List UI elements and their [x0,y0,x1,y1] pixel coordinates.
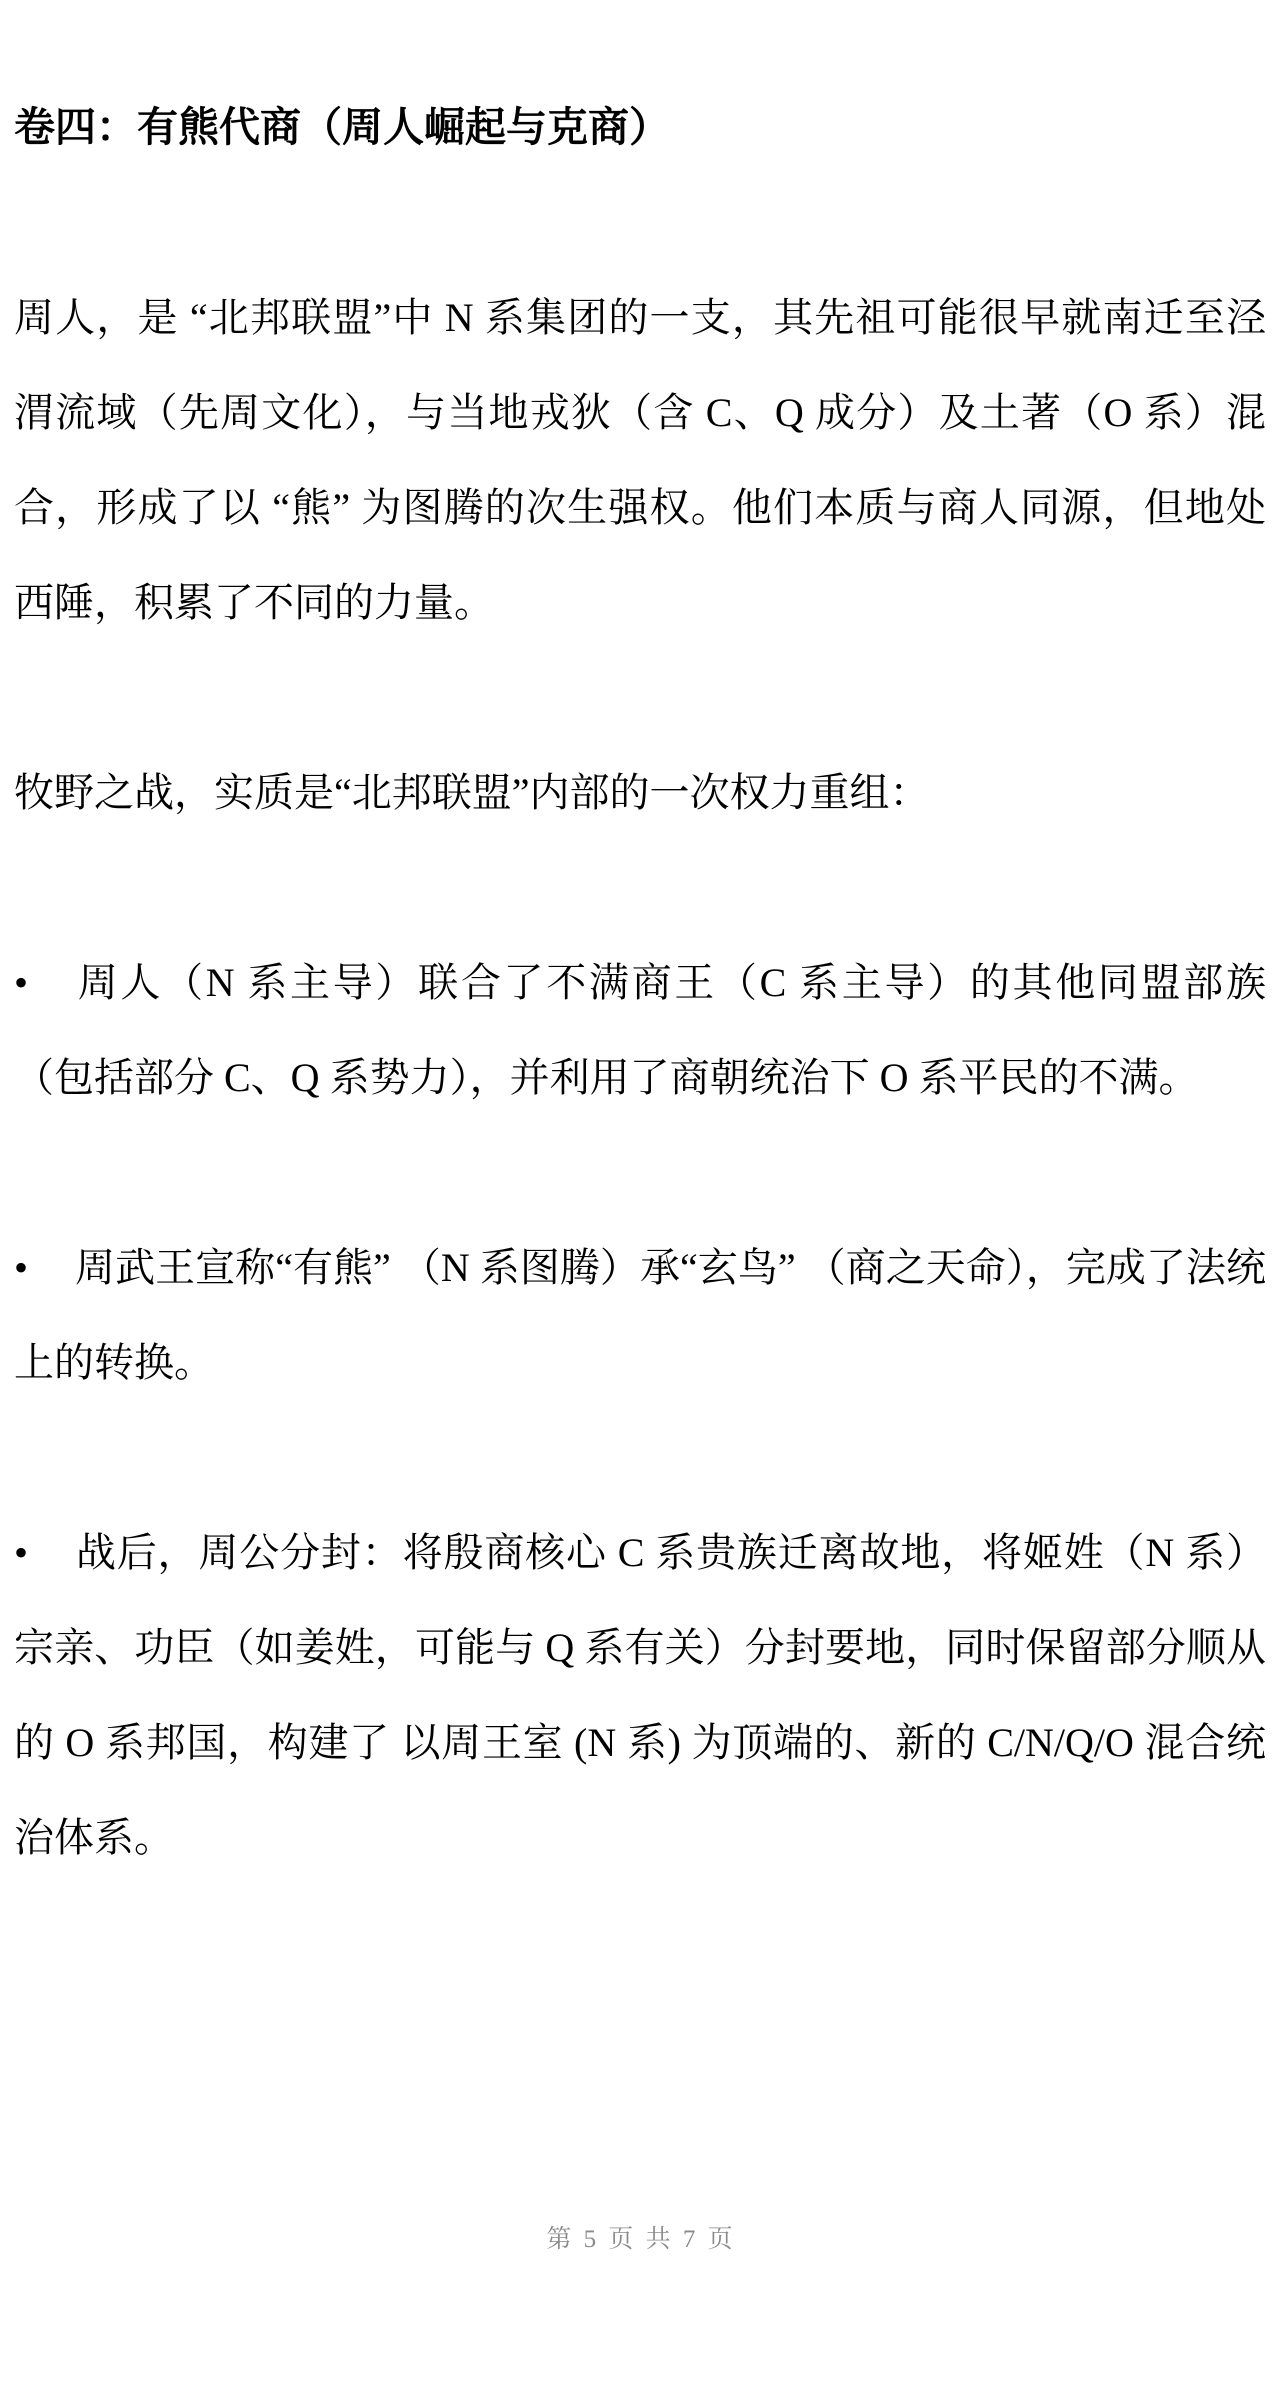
bullet-text: 战后，周公分封：将殷商核心 C 系贵族迁离故地，将姬姓（N 系）宗亲、功臣（如姜… [14,1530,1266,1860]
bullet-text: 周人（N 系主导）联合了不满商王（C 系主导）的其他同盟部族（包括部分 C、Q … [14,960,1266,1100]
bullet-item: •战后，周公分封：将殷商核心 C 系贵族迁离故地，将姬姓（N 系）宗亲、功臣（如… [14,1505,1266,1885]
bullet-item: •周武王宣称“有熊” （N 系图腾）承“玄鸟” （商之天命），完成了法统上的转换… [14,1220,1266,1410]
paragraph-intro: 周人，是 “北邦联盟”中 N 系集团的一支，其先祖可能很早就南迁至泾渭流域（先周… [14,270,1266,650]
page-title: 卷四：有熊代商（周人崛起与克商） [14,80,1266,175]
document-page: 卷四：有熊代商（周人崛起与克商） 周人，是 “北邦联盟”中 N 系集团的一支，其… [0,0,1282,1885]
bullet-icon: • [14,935,75,1030]
bullet-item: •周人（N 系主导）联合了不满商王（C 系主导）的其他同盟部族（包括部分 C、Q… [14,935,1266,1125]
paragraph-muye-battle: 牧野之战，实质是“北邦联盟”内部的一次权力重组： [14,745,1266,840]
bullet-text: 周武王宣称“有熊” （N 系图腾）承“玄鸟” （商之天命），完成了法统上的转换。 [14,1245,1266,1385]
bullet-icon: • [14,1505,75,1600]
bullet-icon: • [14,1220,75,1315]
page-number-footer: 第 5 页 共 7 页 [0,2220,1282,2260]
